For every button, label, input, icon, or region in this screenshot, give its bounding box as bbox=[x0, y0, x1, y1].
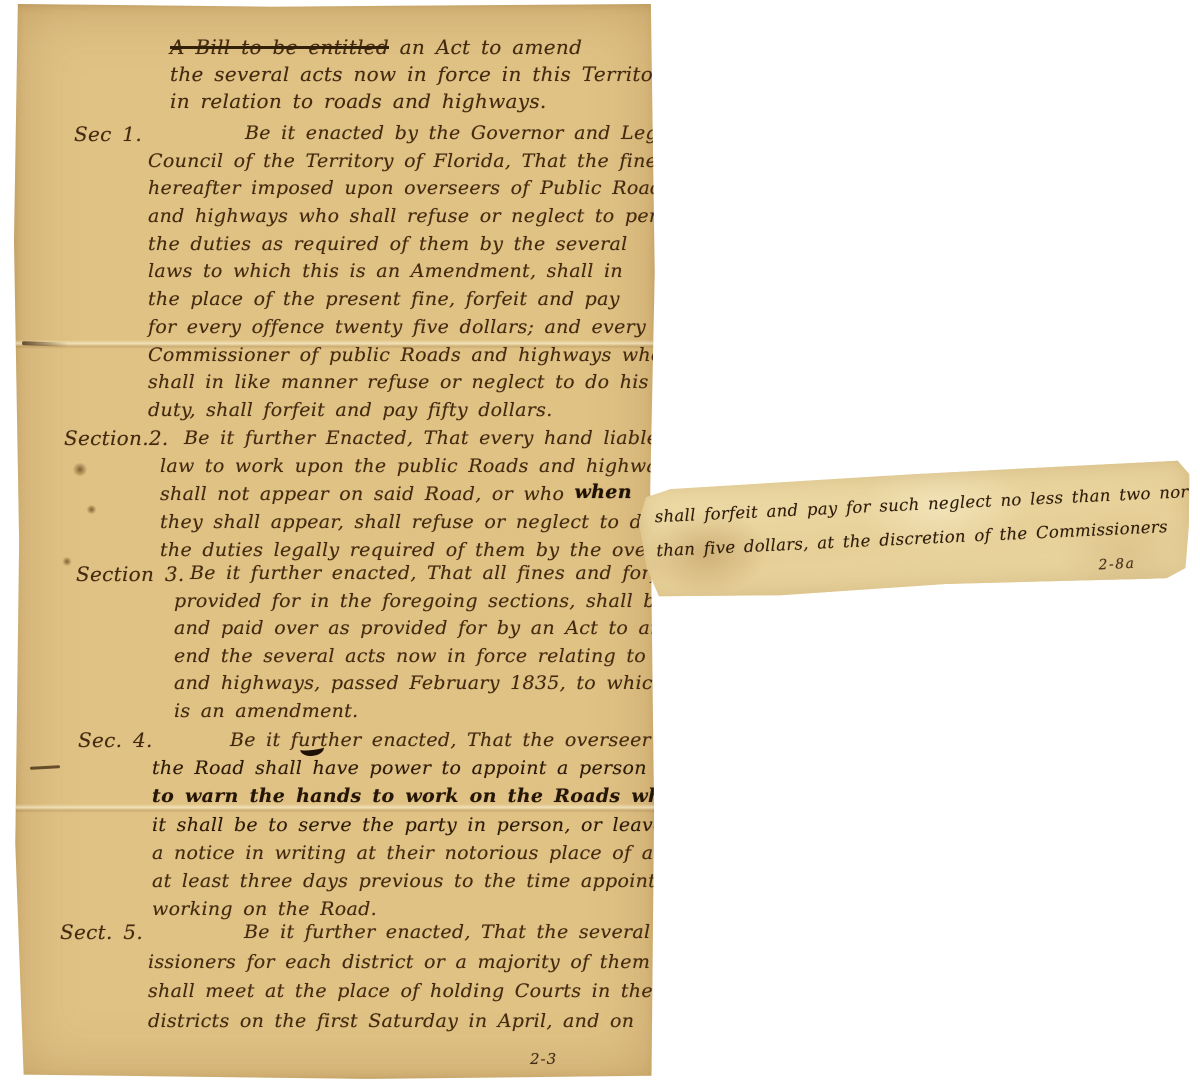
strip-line: than five dollars, at the discretion of … bbox=[656, 517, 1168, 560]
manuscript-line: issioners for each district or a majorit… bbox=[148, 948, 740, 978]
manuscript-line: Be it further enacted, That the several … bbox=[148, 918, 740, 948]
manuscript-line: for every offence twenty five dollars; a… bbox=[148, 314, 729, 342]
manuscript-line: shall meet at the place of holding Court… bbox=[148, 977, 740, 1007]
title-block: A Bill to be entitled an Act to amend th… bbox=[170, 34, 675, 115]
title-line: the several acts now in force in this Te… bbox=[170, 61, 675, 88]
manuscript-line: Be it further enacted, That the overseer… bbox=[152, 726, 758, 754]
title-line: in relation to roads and highways. bbox=[170, 88, 675, 115]
section-1-label: Sec 1. bbox=[74, 122, 142, 146]
manuscript-line: it shall be to serve the party in person… bbox=[152, 811, 758, 839]
manuscript-line: and paid over as provided for by an Act … bbox=[174, 615, 768, 643]
margin-dash bbox=[30, 765, 60, 770]
ink-stain bbox=[72, 463, 88, 476]
manuscript-line: at least three days previous to the time… bbox=[152, 867, 758, 895]
title-line: A Bill to be entitled an Act to amend bbox=[170, 34, 675, 61]
section-3-label: Section 3. bbox=[76, 562, 185, 586]
manuscript-line: Council of the Territory of Florida, Tha… bbox=[148, 148, 729, 176]
manuscript-line: hereafter imposed upon overseers of Publ… bbox=[148, 175, 729, 203]
title-text: an Act to amend bbox=[389, 35, 582, 59]
manuscript-line: duty, shall forfeit and pay fifty dollar… bbox=[148, 397, 729, 425]
manuscript-line: and highways who shall refuse or neglect… bbox=[148, 203, 729, 231]
scan-background: A Bill to be entitled an Act to amend th… bbox=[0, 0, 1200, 1084]
manuscript-line: districts on the first Saturday in April… bbox=[148, 1007, 740, 1037]
section-5-body: Be it further enacted, That the several … bbox=[148, 918, 740, 1036]
struck-text: A Bill to be entitled bbox=[170, 35, 389, 59]
manuscript-line: Commissioner of public Roads and highway… bbox=[148, 342, 729, 370]
line-text: shall not appear on said Road, or who bbox=[160, 483, 575, 505]
page-number-mark: 2-3 bbox=[530, 1050, 557, 1068]
manuscript-line: the Road shall have power to appoint a p… bbox=[152, 754, 758, 782]
manuscript-line: is an amendment. bbox=[174, 698, 768, 726]
manuscript-line: law to work upon the public Roads and hi… bbox=[160, 452, 730, 480]
manuscript-line: Be it further Enacted, That every hand l… bbox=[160, 424, 730, 452]
section-2-label: Section.2. bbox=[64, 426, 169, 450]
section-4-body: Be it further enacted, That the overseer… bbox=[152, 726, 758, 923]
manuscript-line: the place of the present fine, forfeit a… bbox=[148, 286, 729, 314]
paper-strip: shall forfeit and pay for such neglect n… bbox=[637, 460, 1194, 603]
manuscript-line: the duties as required of them by the se… bbox=[148, 231, 729, 259]
manuscript-line: end the several acts now in force relati… bbox=[174, 643, 768, 671]
strip-archive-mark: 2-8a bbox=[1098, 556, 1136, 574]
ink-stain bbox=[86, 505, 97, 514]
section-4-label: Sec. 4. bbox=[78, 728, 153, 752]
manuscript-line: laws to which this is an Amendment, shal… bbox=[148, 258, 729, 286]
manuscript-line: and highways, passed February 1835, to w… bbox=[174, 670, 768, 698]
ink-stain bbox=[62, 557, 72, 566]
manuscript-page: A Bill to be entitled an Act to amend th… bbox=[14, 4, 656, 1080]
manuscript-line: to warn the hands to work on the Roads w… bbox=[152, 782, 758, 810]
manuscript-line: shall in like manner refuse or neglect t… bbox=[148, 369, 729, 397]
section-1-body: Be it enacted by the Governor and Legisl… bbox=[148, 120, 729, 425]
manuscript-line: a notice in writing at their notorious p… bbox=[152, 839, 758, 867]
section-5-label: Sect. 5. bbox=[60, 920, 143, 944]
manuscript-line: Be it enacted by the Governor and Legisl… bbox=[148, 120, 729, 148]
inserted-word: when bbox=[575, 481, 632, 503]
